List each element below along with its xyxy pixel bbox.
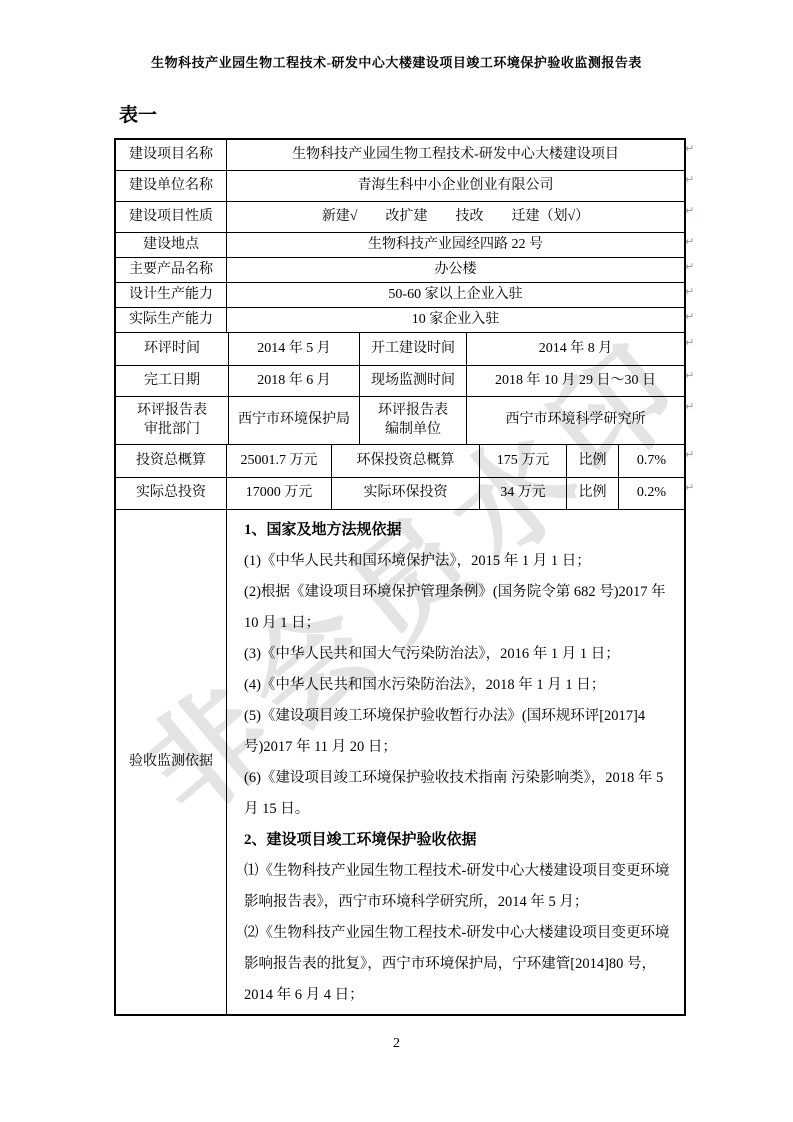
legal-basis-item: (3)《中华人民共和国大气污染防治法》，2016 年 1 月 1 日； <box>244 639 676 670</box>
row-label-cell: 建设地点 <box>116 233 227 258</box>
paragraph-mark-icon: ↵ <box>685 285 694 298</box>
acceptance-basis-item: ⑵《生物科技产业园生物工程技术-研发中心大楼建设项目变更环境影响报告表的批复》，… <box>244 918 676 1011</box>
row-label-cell: 完工日期 <box>116 366 229 397</box>
paragraph-mark-icon: ↵ <box>685 235 694 248</box>
row-label-cell: 验收监测依据 <box>116 510 227 1014</box>
row-value-cell: 34 万元 <box>480 478 567 510</box>
acceptance-basis-content: 1、国家及地方法规依据 (1)《中华人民共和国环境保护法》，2015 年 1 月… <box>227 510 684 1014</box>
paragraph-mark-icon: ↵ <box>685 204 694 217</box>
row-label-cell: 环评报告表 审批部门 <box>116 397 229 445</box>
table-row: 实际生产能力 10 家企业入驻 <box>116 308 684 333</box>
row-label-cell: 比例 <box>567 478 619 510</box>
row-label-cell: 主要产品名称 <box>116 258 227 283</box>
page-number: 2 <box>0 1036 793 1052</box>
table-row: 主要产品名称 办公楼 <box>116 258 684 283</box>
paragraph-mark-icon: ↵ <box>685 400 694 413</box>
section-heading: 1、国家及地方法规依据 <box>244 515 676 546</box>
row-value-cell: 2014 年 8 月 <box>467 333 684 366</box>
row-value-cell: 西宁市环境保护局 <box>229 397 360 445</box>
row-value-cell: 25001.7 万元 <box>227 445 332 478</box>
row-label-cell: 实际总投资 <box>116 478 227 510</box>
row-value-cell: 办公楼 <box>227 258 684 283</box>
row-label-cell: 实际生产能力 <box>116 308 227 333</box>
row-value-cell: 2014 年 5 月 <box>229 333 360 366</box>
row-value-cell: 生物科技产业园经四路 22 号 <box>227 233 684 258</box>
row-label-cell: 设计生产能力 <box>116 283 227 308</box>
row-value-cell: 2018 年 10 月 29 日～30 日 <box>467 366 684 397</box>
paragraph-mark-icon: ↵ <box>685 142 694 155</box>
row-label-cell: 建设项目性质 <box>116 202 227 233</box>
paragraph-mark-icon: ↵ <box>685 481 694 494</box>
paragraph-mark-icon: ↵ <box>685 173 694 186</box>
row-value-cell: 新建√ 改扩建 技改 迁建（划√） <box>227 202 684 233</box>
paragraph-mark-icon: ↵ <box>685 260 694 273</box>
row-value-cell: 50-60 家以上企业入驻 <box>227 283 684 308</box>
row-value-cell: 0.2% <box>619 478 684 510</box>
legal-basis-item: (5)《建设项目竣工环境保护验收暂行办法》(国环规环评[2017]4 号)201… <box>244 701 676 763</box>
row-value-cell: 2018 年 6 月 <box>229 366 360 397</box>
table-row: 建设地点 生物科技产业园经四路 22 号 <box>116 233 684 258</box>
legal-basis-item: (1)《中华人民共和国环境保护法》，2015 年 1 月 1 日； <box>244 546 676 577</box>
table-row: 建设单位名称 青海生科中小企业创业有限公司 <box>116 171 684 202</box>
row-label-cell: 实际环保投资 <box>332 478 480 510</box>
row-label-cell: 建设项目名称 <box>116 140 227 171</box>
row-label-cell: 环保投资总概算 <box>332 445 480 478</box>
paragraph-mark-icon: ↵ <box>685 369 694 382</box>
paragraph-mark-icon: ↵ <box>685 336 694 349</box>
row-label-cell: 现场监测时间 <box>360 366 467 397</box>
row-label-cell: 环评报告表 编制单位 <box>360 397 467 445</box>
row-value-cell: 10 家企业入驻 <box>227 308 684 333</box>
row-value-cell: 17000 万元 <box>227 478 332 510</box>
report-table: 建设项目名称 生物科技产业园生物工程技术-研发中心大楼建设项目 建设单位名称 青… <box>114 138 686 1016</box>
row-value-cell: 175 万元 <box>480 445 567 478</box>
paragraph-mark-icon: ↵ <box>685 448 694 461</box>
row-label-cell: 投资总概算 <box>116 445 227 478</box>
section-heading: 2、建设项目竣工环境保护验收依据 <box>244 825 676 856</box>
row-label-cell: 环评时间 <box>116 333 229 366</box>
document-title: 生物科技产业园生物工程技术-研发中心大楼建设项目竣工环境保护验收监测报告表 <box>0 52 793 71</box>
row-label-cell: 比例 <box>567 445 619 478</box>
table-row: 投资总概算 25001.7 万元 环保投资总概算 175 万元 比例 0.7% <box>116 445 684 478</box>
table-row: 建设项目性质 新建√ 改扩建 技改 迁建（划√） <box>116 202 684 233</box>
row-value-cell: 青海生科中小企业创业有限公司 <box>227 171 684 202</box>
row-value-cell: 西宁市环境科学研究所 <box>467 397 684 445</box>
acceptance-basis-item: ⑴《生物科技产业园生物工程技术-研发中心大楼建设项目变更环境影响报告表》，西宁市… <box>244 856 676 918</box>
legal-basis-item: (2)根据《建设项目环境保护管理条例》(国务院令第 682 号)2017 年 1… <box>244 577 676 639</box>
document-page: 非会员水印 生物科技产业园生物工程技术-研发中心大楼建设项目竣工环境保护验收监测… <box>0 0 793 1122</box>
row-value-cell: 0.7% <box>619 445 684 478</box>
table-row: 环评报告表 审批部门 西宁市环境保护局 环评报告表 编制单位 西宁市环境科学研究… <box>116 397 684 445</box>
table-caption: 表一 <box>119 100 157 127</box>
row-label-cell: 建设单位名称 <box>116 171 227 202</box>
table-row: 建设项目名称 生物科技产业园生物工程技术-研发中心大楼建设项目 <box>116 140 684 171</box>
table-row: 完工日期 2018 年 6 月 现场监测时间 2018 年 10 月 29 日～… <box>116 366 684 397</box>
paragraph-mark-icon: ↵ <box>685 310 694 323</box>
table-row: 设计生产能力 50-60 家以上企业入驻 <box>116 283 684 308</box>
row-label-cell: 开工建设时间 <box>360 333 467 366</box>
table-row-acceptance-basis: 验收监测依据 1、国家及地方法规依据 (1)《中华人民共和国环境保护法》，201… <box>116 510 684 1014</box>
row-value-cell: 生物科技产业园生物工程技术-研发中心大楼建设项目 <box>227 140 684 171</box>
legal-basis-item: (4)《中华人民共和国水污染防治法》，2018 年 1 月 1 日； <box>244 670 676 701</box>
legal-basis-item: (6)《建设项目竣工环境保护验收技术指南 污染影响类》，2018 年 5 月 1… <box>244 763 676 825</box>
table-row: 实际总投资 17000 万元 实际环保投资 34 万元 比例 0.2% <box>116 478 684 510</box>
table-row: 环评时间 2014 年 5 月 开工建设时间 2014 年 8 月 <box>116 333 684 366</box>
